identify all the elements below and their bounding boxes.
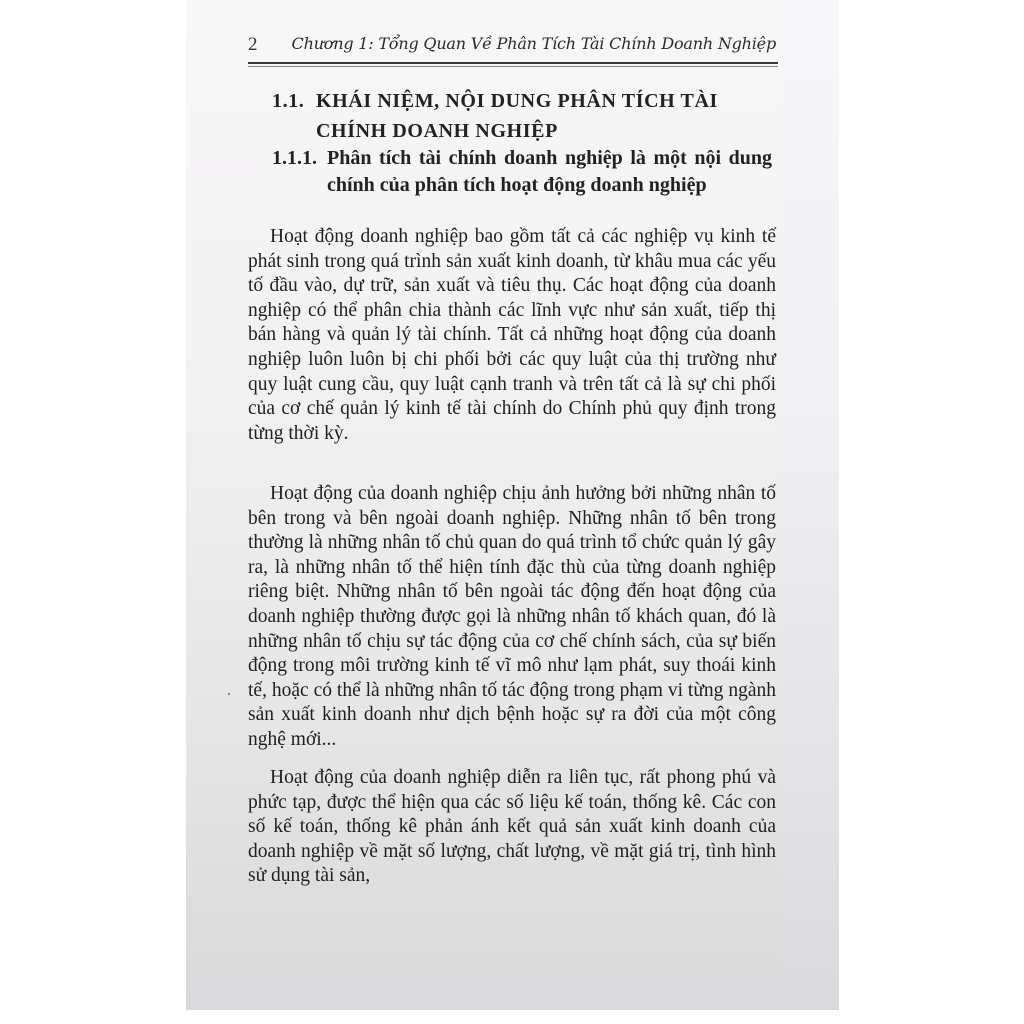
running-title: Chương 1: Tổng Quan Về Phân Tích Tài Chí…: [292, 34, 776, 53]
paragraph: Hoạt động của doanh nghiệp chịu ảnh hưởn…: [248, 482, 776, 753]
subsection-heading: 1.1.1. Phân tích tài chính doanh nghiệp …: [272, 145, 772, 198]
subsection-number: 1.1.1.: [272, 145, 317, 172]
print-speck: [228, 693, 230, 695]
header-rule-thin: [248, 66, 778, 67]
section-number: 1.1.: [272, 86, 316, 116]
page-number: 2: [248, 34, 258, 56]
section-title-line1: KHÁI NIỆM, NỘI DUNG PHÂN TÍCH TÀI: [316, 90, 718, 112]
section-title-line2: CHÍNH DOANH NGHIỆP: [272, 116, 772, 146]
subsection-title: Phân tích tài chính doanh nghiệp là một …: [272, 145, 772, 198]
running-header: 2 Chương 1: Tổng Quan Về Phân Tích Tài C…: [248, 34, 776, 64]
paragraph: Hoạt động doanh nghiệp bao gồm tất cả cá…: [248, 225, 776, 446]
header-rule: [248, 62, 778, 64]
paragraph: Hoạt động của doanh nghiệp diễn ra liên …: [248, 766, 776, 889]
section-heading: 1.1.KHÁI NIỆM, NỘI DUNG PHÂN TÍCH TÀI CH…: [272, 86, 772, 146]
